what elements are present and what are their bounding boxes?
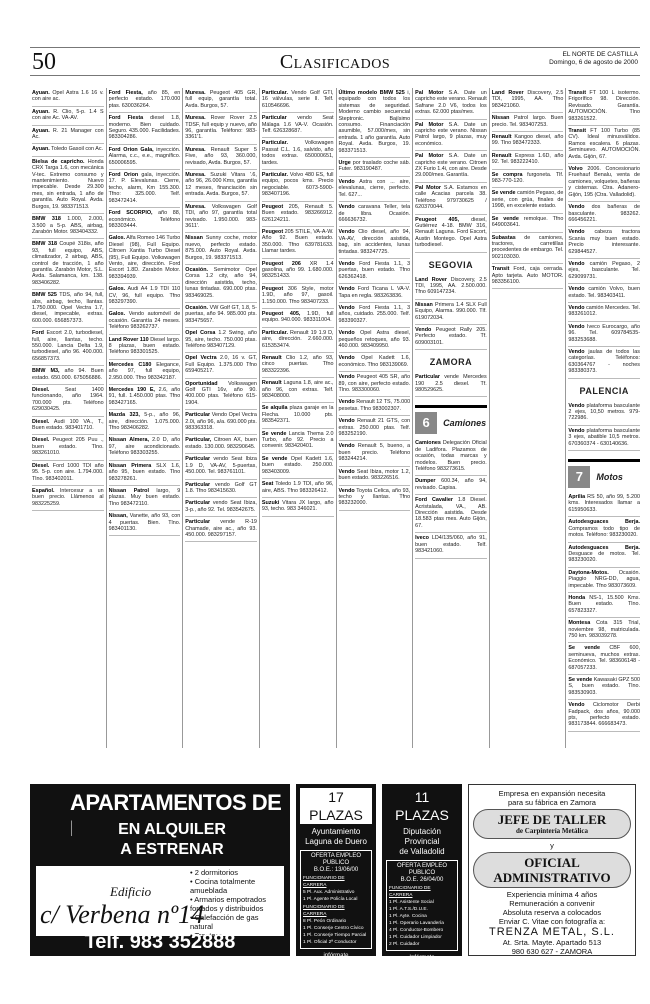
ad-lead: Montesa bbox=[568, 620, 590, 626]
classified-ad: Dumper 600.34, año 94, revisado. Capisa. bbox=[415, 476, 487, 495]
classified-ad: Vendo Ford Fiesta 1.1, 3 puertas, buen e… bbox=[339, 259, 411, 284]
ad-lead: Particular. bbox=[262, 172, 288, 178]
ad-lead: Particular bbox=[185, 482, 210, 488]
job-2-title-a: OFICIAL bbox=[474, 855, 630, 870]
ad-lead: Nissan Almera, bbox=[109, 437, 149, 443]
classified-ad: Ayuan. Opel Astra 1.6 16 v. con aire ac. bbox=[32, 88, 104, 107]
ad-lead: Vendo bbox=[339, 418, 355, 424]
group-heading: FUNCIONARIO DE CARRERA bbox=[303, 904, 369, 918]
ad-lead: Se compra bbox=[492, 172, 523, 178]
ad-lead: Transit bbox=[568, 128, 586, 134]
ad-lead: Transit bbox=[492, 266, 510, 272]
ad-lead: Ford SCORPIO, bbox=[109, 210, 153, 216]
classified-ad: Vendo Peugeot 405 SR, año 89, con aire, … bbox=[339, 372, 411, 397]
classified-ad: Transit FT 100 Turbo (85 CV). Ideal minu… bbox=[568, 126, 640, 164]
ad-lead: Nissan bbox=[185, 235, 203, 241]
ad-lead: Vendo bbox=[568, 428, 584, 434]
classified-ad: Particular vendo Golf GT 1.8. Tfno 98341… bbox=[185, 480, 257, 499]
ad-lead: Autodesguaces Berja. bbox=[568, 519, 640, 525]
classified-ad: Diesel. Audi 100 VA., T., Buen estado. 9… bbox=[32, 417, 104, 436]
ad-lead: Galos. bbox=[109, 311, 125, 317]
classified-ad: Ayuan. R. Clio, 5-p. 1.4 S con aire Ac. … bbox=[32, 107, 104, 126]
classified-ad: Urge por traslado coche sáb. Futer. 9831… bbox=[339, 158, 411, 177]
ad-apartments: APARTAMENTOS DE LUJO EN ALQUILER A ESTRE… bbox=[30, 784, 290, 956]
classified-ad: Vendo caravana Teller, tela de libra. Oc… bbox=[339, 202, 411, 227]
ad-lead: Ayuan. bbox=[32, 109, 50, 115]
classified-ad: Ocasión. VW Golf GT, 1.8, 5-puertas, año… bbox=[185, 303, 257, 328]
classified-ad: Diesel. Ford 1000 TDI año 95. 5-p. con a… bbox=[32, 461, 104, 486]
classified-ad: Autodesguaces Berja. Compramos todo tipo… bbox=[568, 517, 640, 542]
classified-ad: Vendo Ford Fiesta 1.1, 3 años, cuidado. … bbox=[339, 303, 411, 328]
ad-lead: Ocasión. bbox=[185, 305, 208, 311]
classified-ad: Transit Ford, caja cerrada. Apto tarjeta… bbox=[492, 264, 564, 289]
classified-ad: Vendo Renault 21 GTS, con extras. 250.00… bbox=[339, 416, 411, 441]
ad-lead: Opel Vectra bbox=[185, 355, 216, 361]
company-name: TRENZA METAL, S.L. bbox=[473, 926, 631, 938]
classified-ad: Mercedes C180 Elegance, año 97, full equ… bbox=[109, 360, 181, 385]
ad-apartments-body: Edificio c/ Verbena nº14 • 2 dormitorios… bbox=[36, 866, 284, 936]
ad-lead: Particular bbox=[185, 456, 210, 462]
ad-lead: Ford Cavalier bbox=[415, 497, 453, 503]
ad-lead: Vendo bbox=[568, 324, 584, 330]
classified-ad: Vendo Renault 12 TS, 75.000 pesetas. Tfn… bbox=[339, 397, 411, 416]
classified-ad: Peugeot 206 XR 1.4 gasolina, año 99. 1.6… bbox=[262, 259, 334, 284]
position-item: 1 Pl. Cuidador Limpiador bbox=[389, 934, 455, 941]
classified-ad: Se vende CBF 600, seminueva, muchos extr… bbox=[568, 643, 640, 675]
ad-lead: Particular bbox=[415, 374, 440, 380]
ad-lead: Vendo bbox=[568, 305, 584, 311]
ad-lead: Iveco bbox=[415, 535, 429, 541]
job-1-title: JEFE DE TALLER bbox=[474, 812, 630, 827]
classified-ad: Volvo 2006. Concesionario Fruehauf Benal… bbox=[568, 164, 640, 202]
job-pill-1: JEFE DE TALLER de Carpintería Metálica bbox=[473, 809, 631, 839]
position-item: 1 Pl. Conserje Tiempo Parcial bbox=[303, 932, 369, 939]
masthead: EL NORTE DE CASTILLA Domingo, 6 de agost… bbox=[549, 51, 638, 67]
issue-date: Domingo, 6 de agosto de 2000 bbox=[549, 59, 638, 67]
classified-ad: Se compra furgoneta. Tlf. 983-770-120. bbox=[492, 170, 564, 189]
classified-ad: Vendo jaulas de todos las categorías. Te… bbox=[568, 347, 640, 379]
ad-lead: Renault bbox=[492, 134, 512, 140]
classified-ad: Ford Escort 2.0, turbodiesel, full, aire… bbox=[32, 328, 104, 366]
ad-lead: Ford Orion bbox=[109, 172, 139, 178]
building-logo: Edificio c/ Verbena nº14 bbox=[40, 884, 204, 930]
ad-lead: Autodesguaces Berja. bbox=[568, 545, 640, 551]
ad-lead: Peugeot 405, bbox=[415, 217, 459, 223]
ad-lead: Muresa. bbox=[185, 147, 205, 153]
feature-item: • Cocina totalmente amueblada bbox=[190, 877, 280, 895]
ad-lead: Vendo bbox=[339, 488, 355, 494]
classified-ad: Suzuki Vitara JX largo, año 93, techo. 9… bbox=[262, 498, 334, 517]
classified-ad: Daytona-Motos. Ocasión. Piaggio NRG-DD, … bbox=[568, 568, 640, 593]
ad-apartments-sub2: A ESTRENAR bbox=[72, 840, 272, 860]
ad-lead: Particular bbox=[185, 412, 210, 418]
position-item: 1 Pl. Operario Lavandería bbox=[389, 920, 455, 927]
classified-ad: Renault Clio 1.2, año 93, cinco puertas.… bbox=[262, 353, 334, 378]
ad-lead: Muresa. bbox=[185, 204, 205, 210]
ad-diputacion-phone: 900 100 145 bbox=[386, 961, 458, 989]
classified-ad: BMW 318 Coupé 318is, año 93, full equipo… bbox=[32, 239, 104, 290]
classified-ad: Peugeot 405, 1.9D, full equipo. 940.000.… bbox=[262, 309, 334, 328]
position-item: 1 Pl. Ayte. Cocina bbox=[389, 913, 455, 920]
ad-lead: Se alquila bbox=[262, 405, 288, 411]
newspaper-name: EL NORTE DE CASTILLA bbox=[549, 51, 638, 59]
org-line-2: de Valladolid bbox=[386, 847, 458, 857]
ad-lead: Honda bbox=[568, 595, 585, 601]
ad-lead: Particular bbox=[262, 115, 287, 121]
ad-lead: Dumper bbox=[415, 478, 435, 484]
ad-lead: Ford Fiesta, bbox=[109, 90, 143, 96]
classified-ad: Vendo Ciclomotor Derbi Fadpack, dos años… bbox=[568, 700, 640, 732]
classified-ad: Ford Fiesta, año 85, en perfecto estado.… bbox=[109, 88, 181, 113]
ad-lead: Español. bbox=[32, 488, 54, 494]
ad-lead: Se vende bbox=[492, 216, 519, 222]
classified-ad: Vendo camión Mercedes. Tel. 983261012. bbox=[568, 303, 640, 322]
ad-diputacion-headline: 11 PLAZAS bbox=[386, 788, 458, 824]
category-number: 6 bbox=[415, 412, 437, 434]
classified-ad: Vendo plataforma basculante 2 ejes, 10,5… bbox=[568, 401, 640, 426]
ad-lead: Renault bbox=[262, 355, 282, 361]
classified-ad: Vendo Toyota Celica, año 93, techo y lla… bbox=[339, 486, 411, 511]
classified-ad: Iveco LD4/135/060, año 91, buen estado. … bbox=[415, 533, 487, 558]
ad-lead: Suzuki bbox=[262, 500, 279, 506]
ad-laguna-org: Ayuntamiento Laguna de Duero bbox=[300, 827, 372, 847]
classified-ad: Peugeot 405, diesel, Gutiérrez 4-18. BMW… bbox=[415, 215, 487, 253]
box-ref: B.O.E.: 13/06/00 bbox=[303, 867, 369, 874]
classified-ad: Oportunidad Volkswagen Golf GTI 16v, año… bbox=[185, 379, 257, 411]
ad-lead: Subastas bbox=[492, 235, 516, 241]
ad-lead: Diesel. bbox=[32, 463, 49, 469]
ad-lead: Vendo bbox=[339, 305, 355, 311]
ad-lead: Land Rover 110 bbox=[109, 337, 149, 343]
logo-name: c/ Verbena nº14 bbox=[40, 900, 204, 929]
company-phone: 980 630 627 - ZAMORA bbox=[473, 947, 631, 956]
company-address: At. Srta. Mayte. Apartado 513 bbox=[473, 938, 631, 947]
classified-ad: Subastas de camiones, tractores, carreti… bbox=[492, 233, 564, 265]
classified-ad: Diesel. Seat 1400 funcionando, año 1964.… bbox=[32, 385, 104, 417]
ad-laguna-headline: 17 PLAZAS bbox=[300, 788, 372, 824]
ad-lead: Ford Fiesta bbox=[109, 115, 144, 121]
classified-ad: Se vende Lancia Thema 2.0 Turbo, año 92.… bbox=[262, 429, 334, 454]
category-heading: 7Motos bbox=[568, 459, 640, 488]
classified-ad: Vendo camión Pegaso, 2 ejes, basculante.… bbox=[568, 259, 640, 284]
position-item: 4 Pl. Conductor-Bombero bbox=[389, 927, 455, 934]
classified-ad: Particular Vendo Opel Vectra 2.0i, año 9… bbox=[185, 410, 257, 435]
ad-lead: Opel Corsa bbox=[185, 330, 215, 336]
classified-ad: Ford Cavalier 1.8 Diesel. Acristalada, V… bbox=[415, 495, 487, 533]
region-heading: ZAMORA bbox=[415, 356, 487, 368]
classified-ad: Vendo Clio diesel, año 94, VA-AV, direcc… bbox=[339, 227, 411, 259]
classified-ad: Transit FT 100 L isotermo. Frigorífico 9… bbox=[568, 88, 640, 126]
ad-lead: Diesel. bbox=[32, 437, 49, 443]
classified-ad: Muresa. Peugeot 405 GR, full equip, gara… bbox=[185, 88, 257, 113]
position-item: 2 Pl. Cuidador bbox=[389, 941, 455, 948]
column-5: Último modelo BMW 525 i, equipado con to… bbox=[337, 88, 414, 748]
feature-list: • 2 dormitorios• Cocina totalmente amueb… bbox=[190, 868, 280, 940]
classified-ad: Land Rover 110 Diesel largo. 8 plazas, b… bbox=[109, 335, 181, 360]
classified-ad: Vendo Astra con ... aire, elevalunas, ci… bbox=[339, 177, 411, 202]
ad-lead: Vendo bbox=[339, 443, 355, 449]
classified-ad: Camiones Delegación Oficial de Ladifora.… bbox=[415, 438, 487, 476]
ad-lead: Peugeot 206 bbox=[262, 261, 301, 267]
classified-ad: Particular, Citroen AX, buen estado. 130… bbox=[185, 435, 257, 454]
ad-lead: Particular. bbox=[262, 90, 288, 96]
classified-ad: Muresa. Renault Super 5 Five, año 93, 36… bbox=[185, 145, 257, 170]
classified-ad: Ford SCORPIO, año 88, económico. Teléfon… bbox=[109, 208, 181, 233]
box-title: OFERTA EMPLEO PUBLICO bbox=[389, 863, 455, 877]
job-1-subtitle: de Carpintería Metálica bbox=[474, 827, 630, 836]
ad-lead: Bielsa de capricho. bbox=[32, 159, 85, 165]
ad-lead: Peugeot bbox=[262, 229, 283, 235]
ad-lead: Vendo bbox=[339, 374, 355, 380]
ad-lead: Ocasión. bbox=[185, 267, 208, 273]
classified-ad: Particular. Vendo Golf GTI, 16 válvulas,… bbox=[262, 88, 334, 113]
position-item: 1 Pl. Agente Policía Local bbox=[303, 896, 369, 903]
category-number: 7 bbox=[568, 466, 590, 488]
classified-ad: Nissan Almera, 2.0 D, año 97, aire acond… bbox=[109, 435, 181, 460]
classified-ad: Particular. Renault 19 1.9 D, aire, dire… bbox=[262, 328, 334, 353]
ad-laguna-jobs: 17 PLAZAS Ayuntamiento Laguna de Duero O… bbox=[296, 784, 376, 956]
classified-ad: Particular. Volkswagen Passat C.L. 1.6, … bbox=[262, 138, 334, 170]
classified-ad: Ford Orion Gala, inyección. Alarma, c.c.… bbox=[109, 145, 181, 170]
ad-lead: Vendo bbox=[339, 399, 355, 405]
classified-ad: Pal Motor S.A. Date un capricho este ver… bbox=[415, 151, 487, 183]
ad-lead: Vendo bbox=[339, 204, 355, 210]
ad-lead: Se vende bbox=[262, 456, 288, 462]
requirement-1: Experiencia mínima 4 años bbox=[473, 890, 631, 899]
classified-ad: Peugeot 306 Style, motor 1.9D, año 97, g… bbox=[262, 284, 334, 309]
classified-ad: Nissan Primera SLX 1.6, año 95, buen est… bbox=[109, 461, 181, 486]
classified-ad: Ford Fiesta diesel 1.8, moderno. Bien cu… bbox=[109, 113, 181, 145]
classified-ad: Particular. Volvo 480 ES, full equipo, p… bbox=[262, 170, 334, 202]
classified-ad: Particular vendo Seat Ibiza, 3-p., año 9… bbox=[185, 498, 257, 517]
ad-lead: BMW 525 bbox=[32, 292, 57, 298]
classified-ad: Vendo Opel Astra diesel, pequeños retoqu… bbox=[339, 328, 411, 353]
classified-ad: Vendo cabeza tractora Scania muy buen es… bbox=[568, 227, 640, 259]
region-heading: SEGOVIA bbox=[415, 259, 487, 271]
ad-lead: Land Rover bbox=[415, 277, 447, 283]
requirement-3: Absoluta reserva a colocados bbox=[473, 908, 631, 917]
ad-lead: Urge bbox=[339, 160, 351, 166]
ad-lead: Peugeot bbox=[262, 204, 283, 210]
conjunction: y bbox=[473, 841, 631, 850]
column-2: Ford Fiesta, año 85, en perfecto estado.… bbox=[107, 88, 184, 748]
ad-lead: Pal Motor bbox=[415, 185, 441, 191]
ad-lead: Galos. bbox=[109, 286, 125, 292]
ad-lead: Pal Motor bbox=[415, 153, 443, 159]
classified-ad: Vendo Ford Ticana L VA-V. Tapa en regla.… bbox=[339, 284, 411, 303]
ad-lead: Vendo bbox=[339, 469, 355, 475]
classified-ad: BMW 525 TDS, año 94, full, abs, airbag, … bbox=[32, 290, 104, 328]
position-item: 1 Pl. A.T.S./D.U.E. bbox=[389, 906, 455, 913]
ad-lead: Se vende bbox=[568, 677, 592, 683]
ad-lead: Particular. bbox=[262, 140, 288, 146]
ad-intro-2: para su fábrica en Zamora bbox=[473, 798, 631, 807]
ad-lead: Vendo bbox=[415, 327, 431, 333]
ad-lead: BMW 318 bbox=[32, 216, 61, 222]
classified-ad: Se vende remolque. Tfno 649003641. bbox=[492, 214, 564, 233]
classified-ad: Pal Motor S.A. Date un capricho este ver… bbox=[415, 88, 487, 120]
classified-ad: Muresa. Suzuki Vitara '.6, año 96, 26.00… bbox=[185, 170, 257, 202]
classified-ad: Se alquila plaza garaje en la Flecha. 10… bbox=[262, 403, 334, 428]
ad-lead: Vendo bbox=[339, 355, 355, 361]
ad-lead: Oportunidad bbox=[185, 381, 217, 387]
ad-trenza-metal: Empresa en expansión necesita para su fá… bbox=[468, 784, 636, 956]
ad-apartments-sub1: EN ALQUILER bbox=[72, 820, 272, 840]
ad-lead: Muresa. bbox=[185, 115, 205, 121]
classified-ad: Nissan Sunny coche, motor nuevo, perfect… bbox=[185, 233, 257, 265]
ad-lead: Ford bbox=[32, 330, 44, 336]
ad-lead: Volvo bbox=[568, 166, 582, 172]
classified-ad: Galos. Alfa Romeo 146 Turbo Diesel (98),… bbox=[109, 233, 181, 284]
position-item: 1 Pl. Conserje Centro Cívico bbox=[303, 925, 369, 932]
ad-lead: Renault bbox=[262, 380, 282, 386]
classified-ad: Honda NS-1, 15.500 Kms. Buen estado. Tln… bbox=[568, 593, 640, 618]
ad-laguna-offer-box: OFERTA EMPLEO PUBLICOB.O.E.: 13/06/00FUN… bbox=[300, 850, 372, 949]
classified-ad: Aprilia RS 50, año 99, 5.200 kms. Intere… bbox=[568, 492, 640, 517]
classified-ad: Particular vendo Seat Málaga 1.6 VA-V. O… bbox=[262, 113, 334, 138]
ad-lead: Diesel. bbox=[32, 419, 49, 425]
classified-ad: Vendo Opel Kadett 1.6, económico. Tfno 9… bbox=[339, 353, 411, 372]
classified-ad: Galos. Vendo automóvil de ocasión. Garan… bbox=[109, 309, 181, 334]
classified-ad: Seat Toledo 1.9 TDI, año 96, aire, ABS. … bbox=[262, 479, 334, 498]
classified-ad: Vendo Peugeot Rally 205. Perfecto estado… bbox=[415, 325, 487, 350]
ad-lead: Particular, bbox=[185, 437, 211, 443]
classified-ad: Se vende Kawasaki GPZ 500 S, buen estado… bbox=[568, 675, 640, 700]
classified-ad: Particular vende Mercedes 190 2.5 diesel… bbox=[415, 372, 487, 397]
ad-lead: BMW 318 bbox=[32, 241, 57, 247]
classified-ad: Nissan Primera 1.4 SLX Full Equipo, Alar… bbox=[415, 300, 487, 325]
org-line-1: Diputación Provincial bbox=[386, 827, 458, 847]
ad-lead: Ayuan. bbox=[32, 128, 50, 134]
ad-lead: Vendo bbox=[339, 261, 355, 267]
ad-lead: Vendo bbox=[339, 286, 355, 292]
column-6: Pal Motor S.A. Date un capricho este ver… bbox=[413, 88, 490, 748]
classified-ad: BMW 318 1.000, 2.000, 3.500 a 5-p. ABS, … bbox=[32, 214, 104, 239]
ad-lead: Seat bbox=[262, 481, 273, 487]
ad-lead: Vendo bbox=[568, 286, 584, 292]
ad-lead: Pal Motor bbox=[415, 90, 443, 96]
classified-ad: Land Rover Discovery, 2.5 TDI, 1995, AA.… bbox=[492, 88, 564, 113]
category-title: Motos bbox=[596, 474, 623, 480]
classified-ad: Último modelo BMW 525 i, equipado con to… bbox=[339, 88, 411, 158]
classified-ad: Bielsa de capricho. Honda CRX Targa 1.6,… bbox=[32, 157, 104, 214]
classified-ad: Mazda 323, 5-p., año 96, aire, dirección… bbox=[109, 410, 181, 435]
classified-ad: Español. Intercesur a un buen precio. Ll… bbox=[32, 486, 104, 511]
ad-lead: Particular bbox=[185, 519, 210, 525]
column-4: Particular. Vendo Golf GTI, 16 válvulas,… bbox=[260, 88, 337, 748]
classified-ad: Land Rover Discovery, 2.5 TDI, 1995, AA.… bbox=[415, 275, 487, 300]
group-heading: FUNCIONARIO DE CARRERA bbox=[389, 885, 455, 899]
classified-ad: Vendo Seat Ibiza, motor 1.2, buen estado… bbox=[339, 467, 411, 486]
position-item: 8 Pl. Peón Ordinario bbox=[303, 918, 369, 925]
classified-ad: BMW M3, año 94. Buen estado. 650.000. 67… bbox=[32, 366, 104, 385]
ad-lead: Nissan, bbox=[109, 513, 128, 519]
category-title: Camiones bbox=[443, 420, 486, 426]
classified-ad: Muresa. Rover Rover 2.5 TDSF, full equip… bbox=[185, 113, 257, 145]
classified-ad: Opel Vectra 2.0, 16 v. GT, Full Equipo. … bbox=[185, 353, 257, 378]
ad-lead: Vendo bbox=[568, 204, 584, 210]
classified-ad: Muresa. Volkswagen Golf TDI, año 97, gar… bbox=[185, 202, 257, 234]
classified-ad: Particular vendo Seat Ibiza 1.9 D, VA-AV… bbox=[185, 454, 257, 479]
ad-lead: Vendo bbox=[339, 330, 355, 336]
ad-lead: Ayuan. bbox=[32, 90, 50, 96]
classified-ad: Vendo dos bañeras de basculante. 983262.… bbox=[568, 202, 640, 227]
feature-item: • Calefacción de gas natural bbox=[190, 913, 280, 931]
ad-lead: Muresa. bbox=[185, 90, 205, 96]
ad-lead: Nissan Patrol bbox=[109, 488, 149, 494]
ad-lead: Mazda 323, bbox=[109, 412, 140, 418]
classified-ad: Renault Kangoo diesel, año 99. Tlno 9834… bbox=[492, 132, 564, 151]
page-header: 50 Clasificados EL NORTE DE CASTILLA Dom… bbox=[30, 47, 640, 76]
classified-ad: Nissan Patrol largo. Buen precio. Tel. 9… bbox=[492, 113, 564, 132]
classified-ad: Vendo plataforma basculante 3 ejes, abat… bbox=[568, 426, 640, 451]
ad-lead: BMW M3, bbox=[32, 368, 59, 374]
org-line-2: Laguna de Duero bbox=[300, 837, 372, 847]
ad-lead: Se vende bbox=[262, 431, 287, 437]
ad-lead: Último modelo BMW 525 bbox=[339, 90, 405, 96]
ad-lead: Mercedes 190 E, bbox=[109, 387, 155, 393]
ad-lead: Diesel. bbox=[32, 387, 49, 393]
region-heading: PALENCIA bbox=[568, 385, 640, 397]
column-7: Land Rover Discovery, 2.5 TDI, 1995, AA.… bbox=[490, 88, 567, 748]
classified-ad: Vendo camión Volvo, buen estado. Tel. 98… bbox=[568, 284, 640, 303]
job-2-title-b: ADMINISTRATIVO bbox=[474, 870, 630, 885]
classified-ad: Mercedes 190 E, 2.6, año 91, full. 1.450… bbox=[109, 385, 181, 410]
classified-ad: Vendo Iveco Eurocargo, año 96. Tel. 6097… bbox=[568, 322, 640, 347]
feature-item: • Armarios empotrados forrados y distrib… bbox=[190, 895, 280, 913]
requirement-4: Enviar C. Vitae con fotografía a: bbox=[473, 917, 631, 926]
ad-lead: Renault bbox=[492, 153, 512, 159]
column-3: Muresa. Peugeot 405 GR, full equip, gara… bbox=[183, 88, 260, 748]
classified-ad: Nissan, Vanette, año 93, con 4 puertas. … bbox=[109, 511, 181, 536]
ad-lead: Peugeot bbox=[262, 286, 283, 292]
classified-ad: Peugeot 205 STILE, VA-A-W. Año 92. Buen … bbox=[262, 227, 334, 259]
ad-apartments-phone: Telf. 983 352888 bbox=[30, 931, 290, 954]
ad-intro-1: Empresa en expansión necesita bbox=[473, 789, 631, 798]
category-heading: 6Camiones bbox=[415, 405, 487, 434]
classified-ad: Galos. Audi A4 1.9 TDI 110 CV, 96, full … bbox=[109, 284, 181, 309]
position-item: 1 Pl. Asistente Social bbox=[389, 899, 455, 906]
job-pill-2: OFICIAL ADMINISTRATIVO bbox=[473, 852, 631, 888]
ad-lead: Vendo bbox=[568, 702, 584, 708]
column-1: Ayuan. Opel Astra 1.6 16 v. con aire ac.… bbox=[30, 88, 107, 748]
ad-lead: Nissan bbox=[415, 302, 433, 308]
classified-ad: Autodesguaces Berja. Desguace de motos. … bbox=[568, 543, 640, 568]
ad-lead: Se vende bbox=[492, 190, 516, 196]
classified-ad: Renault Laguna 1.8, aire ac., año 96, co… bbox=[262, 378, 334, 403]
classified-columns: Ayuan. Opel Astra 1.6 16 v. con aire ac.… bbox=[30, 88, 642, 748]
ad-lead: Ford Orion Gala, bbox=[109, 147, 154, 153]
ad-lead: Particular bbox=[185, 500, 210, 506]
box-ref: B.O.E. 26/04/00 bbox=[389, 877, 455, 884]
classified-ad: Ford Orion gala, inyección. 17. P. Eleva… bbox=[109, 170, 181, 208]
box-title: OFERTA EMPLEO PUBLICO bbox=[303, 853, 369, 867]
ad-lead: Vendo bbox=[568, 403, 584, 409]
classified-ad: Se vende camión Pegaso, de serie, con gr… bbox=[492, 188, 564, 213]
classified-ad: Se vende Opel Kadett 1.6, buen estado. 2… bbox=[262, 454, 334, 479]
display-ads-row: APARTAMENTOS DE LUJO EN ALQUILER A ESTRE… bbox=[30, 784, 642, 956]
position-item: 1 Pl. Oficial 2ª Conductor bbox=[303, 939, 369, 946]
ad-lead: Nissan bbox=[492, 115, 510, 121]
classified-ad: Vendo Renault 5, bueno, a buen precio. T… bbox=[339, 441, 411, 466]
classified-ad: Particular vende R-19 Chamade, aire ac.,… bbox=[185, 517, 257, 542]
ad-lead: Particular. bbox=[262, 330, 288, 336]
ad-lead: Nissan Primera bbox=[109, 463, 152, 469]
ad-lead: Muresa. bbox=[185, 172, 205, 178]
ad-diputacion-org: Diputación Provincial de Valladolid bbox=[386, 827, 458, 857]
ad-diputacion-jobs: 11 PLAZAS Diputación Provincial de Valla… bbox=[382, 784, 462, 956]
ad-lead: Vendo bbox=[339, 229, 355, 235]
